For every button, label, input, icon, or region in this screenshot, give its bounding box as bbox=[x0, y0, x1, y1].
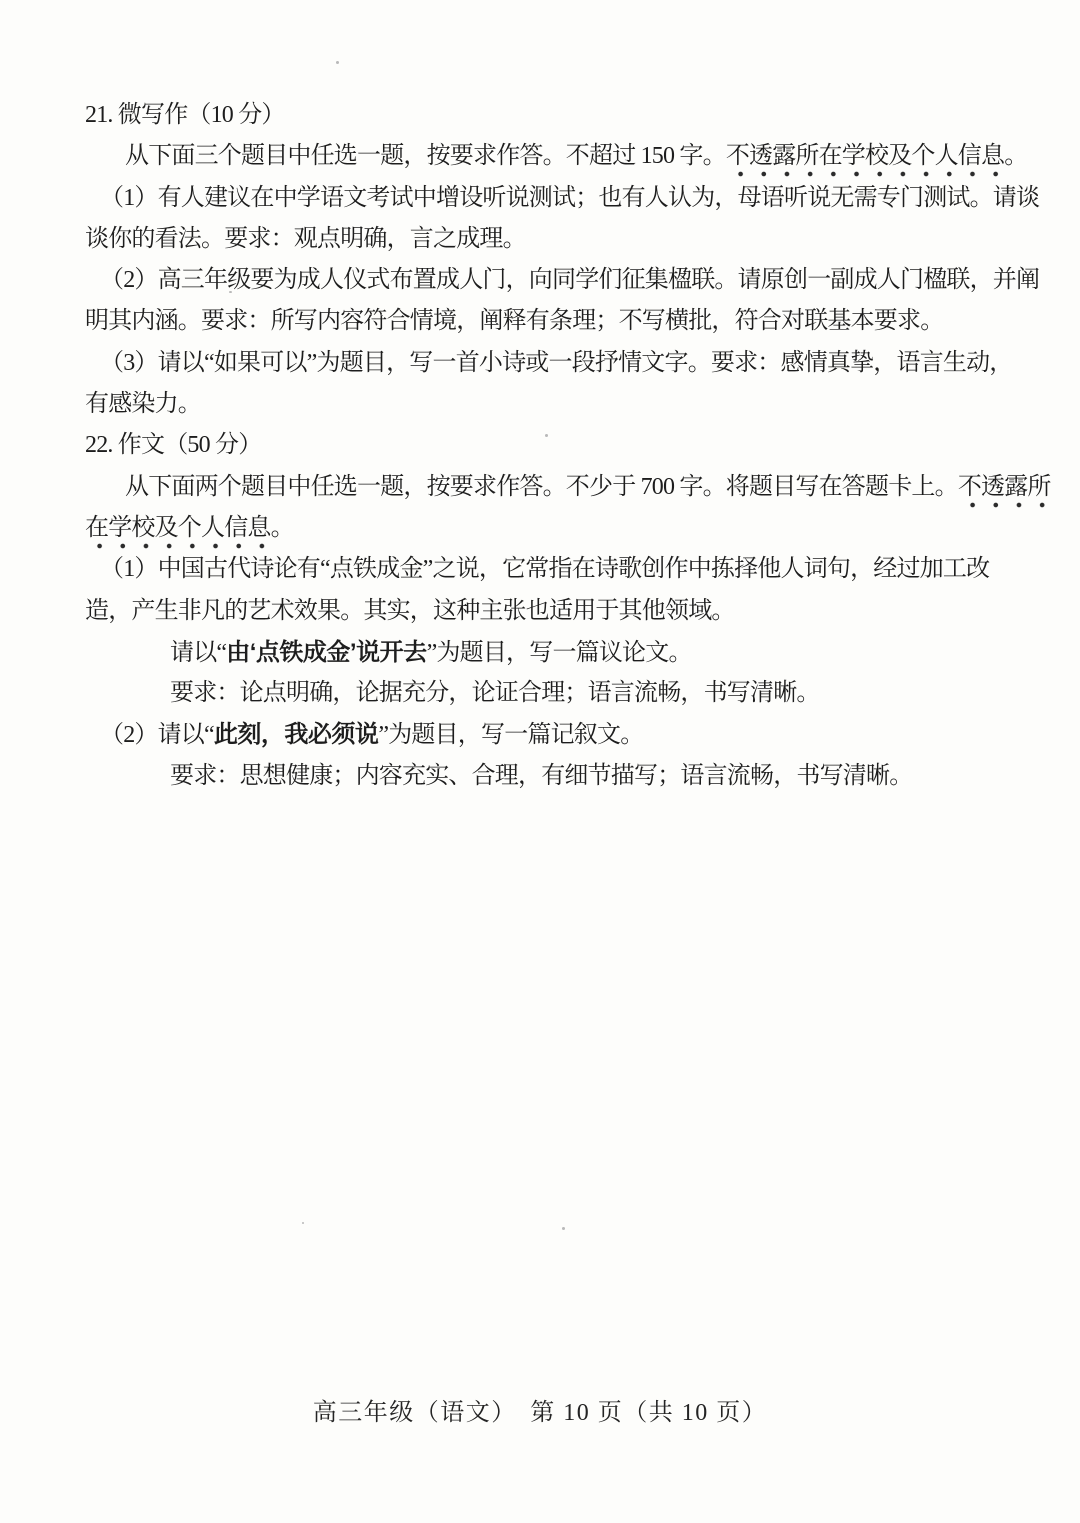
scan-speck bbox=[229, 291, 232, 293]
q22-heading-text: 22. 作文（50 分） bbox=[85, 432, 261, 458]
q22-option2-title: （2）请以“此刻，我必须说”为题目，写一篇记叙文。 bbox=[85, 714, 1015, 755]
q22-option1-line1: （1）中国古代诗论有“点铁成金”之说，它常指在诗歌创作中拣择他人词句，经过加工改 bbox=[85, 549, 1015, 590]
q21-option2-line1-text: （2）高三年级要为成人仪式布置成人门，向同学们征集楹联。请原创一副成人门楹联，并… bbox=[100, 267, 1039, 293]
scan-speck bbox=[336, 61, 339, 64]
scan-speck bbox=[545, 434, 548, 437]
q21-heading-text: 21. 微写作（10 分） bbox=[85, 102, 285, 128]
page-footer-text: 高三年级（语文） 第 10 页（共 10 页） bbox=[313, 1400, 768, 1426]
q21-option3-line2: 有感染力。 bbox=[85, 384, 1015, 425]
q22-option2-title-bold: 此刻，我必须说 bbox=[214, 721, 379, 748]
q22-intro-emphasized-1: 不透露所 bbox=[958, 474, 1051, 509]
q22-option1-title-pre: 请以“ bbox=[170, 640, 226, 666]
q21-intro: 从下面三个题目中任选一题，按要求作答。不超过 150 字。不透露所在学校及个人信… bbox=[85, 136, 1015, 177]
q22-option1-line2-text: 造，产生非凡的艺术效果。其实，这种主张也适用于其他领域。 bbox=[85, 598, 735, 624]
q22-option2-title-post: ”为题目，写一篇记叙文。 bbox=[378, 722, 643, 748]
q22-intro-post: 。 bbox=[271, 515, 294, 541]
q21-option1-line2-text: 谈你的看法。要求：观点明确，言之成理。 bbox=[85, 226, 526, 252]
q22-intro-pre: 从下面两个题目中任选一题，按要求作答。不少于 700 字。将题目写在答题卡上。 bbox=[125, 474, 958, 500]
q21-option2-line1: （2）高三年级要为成人仪式布置成人门，向同学们征集楹联。请原创一副成人门楹联，并… bbox=[85, 260, 1015, 301]
q22-option1-title-post: ”为题目，写一篇议论文。 bbox=[427, 640, 692, 666]
q22-heading: 22. 作文（50 分） bbox=[85, 425, 1015, 466]
q21-option1-line1: （1）有人建议在中学语文考试中增设听说测试；也有人认为，母语听说无需专门测试。请… bbox=[85, 178, 1015, 219]
q22-option2-requirements-text: 要求：思想健康；内容充实、合理，有细节描写；语言流畅，书写清晰。 bbox=[170, 763, 912, 789]
q22-option1-requirements: 要求：论点明确，论据充分，论证合理；语言流畅，书写清晰。 bbox=[85, 673, 1015, 714]
q21-intro-pre: 从下面三个题目中任选一题，按要求作答。不超过 150 字。 bbox=[125, 143, 726, 169]
q22-intro-line1: 从下面两个题目中任选一题，按要求作答。不少于 700 字。将题目写在答题卡上。不… bbox=[85, 467, 1015, 508]
scan-speck bbox=[302, 1222, 304, 1224]
q22-option1-line2: 造，产生非凡的艺术效果。其实，这种主张也适用于其他领域。 bbox=[85, 591, 1015, 632]
q21-option2-line2-text: 明其内涵。要求：所写内容符合情境，阐释有条理；不写横批，符合对联基本要求。 bbox=[85, 308, 943, 334]
q22-option1-line1-text: （1）中国古代诗论有“点铁成金”之说，它常指在诗歌创作中拣择他人词句，经过加工改 bbox=[100, 556, 989, 582]
q21-intro-emphasized: 不透露所在学校及个人信息 bbox=[726, 143, 1004, 178]
q21-option3-line2-text: 有感染力。 bbox=[85, 391, 201, 417]
exam-sheet-page: 21. 微写作（10 分） 从下面三个题目中任选一题，按要求作答。不超过 150… bbox=[0, 0, 1080, 1523]
q22-option1-title: 请以“由‘点铁成金’说开去”为题目，写一篇议论文。 bbox=[85, 632, 1015, 673]
q21-heading: 21. 微写作（10 分） bbox=[85, 95, 1015, 136]
q21-option1-line2: 谈你的看法。要求：观点明确，言之成理。 bbox=[85, 219, 1015, 260]
q21-option3-line1-text: （3）请以“如果可以”为题目，写一首小诗或一段抒情文字。要求：感情真挚，语言生动… bbox=[100, 350, 1013, 376]
page-footer: 高三年级（语文） 第 10 页（共 10 页） bbox=[0, 1396, 1080, 1430]
q22-intro-line2: 在学校及个人信息。 bbox=[85, 508, 1015, 549]
q22-option2-title-pre: （2）请以“ bbox=[100, 722, 214, 748]
exam-body: 21. 微写作（10 分） 从下面三个题目中任选一题，按要求作答。不超过 150… bbox=[85, 95, 1015, 797]
q21-option1-line1-text: （1）有人建议在中学语文考试中增设听说测试；也有人认为，母语听说无需专门测试。请… bbox=[100, 185, 1039, 211]
scan-speck bbox=[562, 1227, 565, 1230]
q22-option2-requirements: 要求：思想健康；内容充实、合理，有细节描写；语言流畅，书写清晰。 bbox=[85, 756, 1015, 797]
q22-option1-title-bold: 由‘点铁成金’说开去 bbox=[226, 639, 426, 666]
q21-intro-post: 。 bbox=[1004, 143, 1027, 169]
q22-intro-emphasized-2: 在学校及个人信息 bbox=[85, 515, 271, 550]
q22-option1-requirements-text: 要求：论点明确，论据充分，论证合理；语言流畅，书写清晰。 bbox=[170, 680, 820, 706]
q21-option3-line1: （3）请以“如果可以”为题目，写一首小诗或一段抒情文字。要求：感情真挚，语言生动… bbox=[85, 343, 1015, 384]
q21-option2-line2: 明其内涵。要求：所写内容符合情境，阐释有条理；不写横批，符合对联基本要求。 bbox=[85, 301, 1015, 342]
